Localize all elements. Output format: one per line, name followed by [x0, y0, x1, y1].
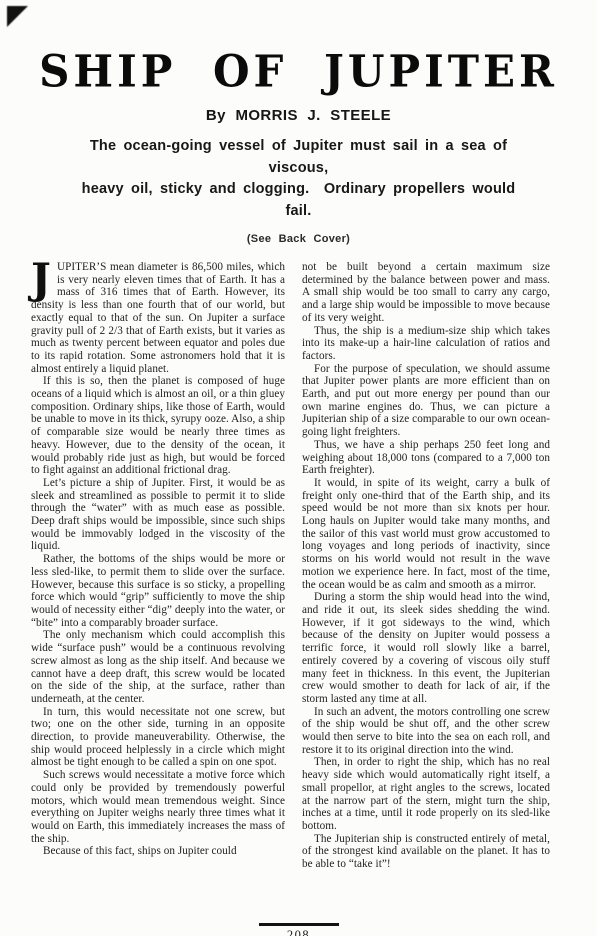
- lead-paragraph-text: UPITER’S mean diameter is 86,500 miles, …: [31, 261, 285, 375]
- right-column: not be built beyond a certain maximum si…: [302, 261, 550, 917]
- left-column: JUPITER’S mean diameter is 86,500 miles,…: [31, 261, 285, 917]
- scan-corner-artifact: [7, 6, 28, 27]
- paragraph: not be built beyond a certain maximum si…: [302, 261, 550, 325]
- paragraph: Thus, we have a ship perhaps 250 feet lo…: [302, 439, 550, 477]
- page-footer: 208: [0, 923, 597, 936]
- deck: The ocean-going vessel of Jupiter must s…: [68, 136, 530, 222]
- paragraph: Then, in order to right the ship, which …: [302, 756, 550, 832]
- article-body: JUPITER’S mean diameter is 86,500 miles,…: [0, 261, 597, 917]
- magazine-page: SHIP OF JUPITER By MORRIS J. STEELE The …: [0, 0, 597, 936]
- paragraph: It would, in spite of its weight, carry …: [302, 477, 550, 591]
- drop-cap: J: [31, 261, 57, 295]
- paragraph: In such an advent, the motors controllin…: [302, 706, 550, 757]
- byline: By MORRIS J. STEELE: [0, 107, 597, 124]
- paragraph: During a storm the ship would head into …: [302, 591, 550, 705]
- paragraph: Such screws would necessitate a motive f…: [31, 769, 285, 845]
- paragraph: Thus, the ship is a medium-size ship whi…: [302, 325, 550, 363]
- deck-line-1: The ocean-going vessel of Jupiter must s…: [68, 136, 530, 179]
- paragraph: If this is so, then the planet is compos…: [31, 375, 285, 477]
- article-title: SHIP OF JUPITER: [0, 49, 597, 95]
- paragraph: The only mechanism which could accomplis…: [31, 629, 285, 705]
- deck-line-2: heavy oil, sticky and clogging. Ordinary…: [68, 179, 530, 222]
- cover-note: (See Back Cover): [0, 233, 597, 245]
- page-number: 208: [0, 928, 597, 936]
- paragraph: In turn, this would necessitate not one …: [31, 706, 285, 770]
- paragraph: Rather, the bottoms of the ships would b…: [31, 553, 285, 629]
- lead-paragraph: JUPITER’S mean diameter is 86,500 miles,…: [31, 261, 285, 375]
- footer-rule: [259, 923, 339, 926]
- paragraph: The Jupiterian ship is constructed entir…: [302, 833, 550, 871]
- paragraph: Let’s picture a ship of Jupiter. First, …: [31, 477, 285, 553]
- paragraph: Because of this fact, ships on Jupiter c…: [31, 845, 285, 858]
- article-header: SHIP OF JUPITER By MORRIS J. STEELE The …: [0, 0, 597, 245]
- paragraph: For the purpose of speculation, we shoul…: [302, 363, 550, 439]
